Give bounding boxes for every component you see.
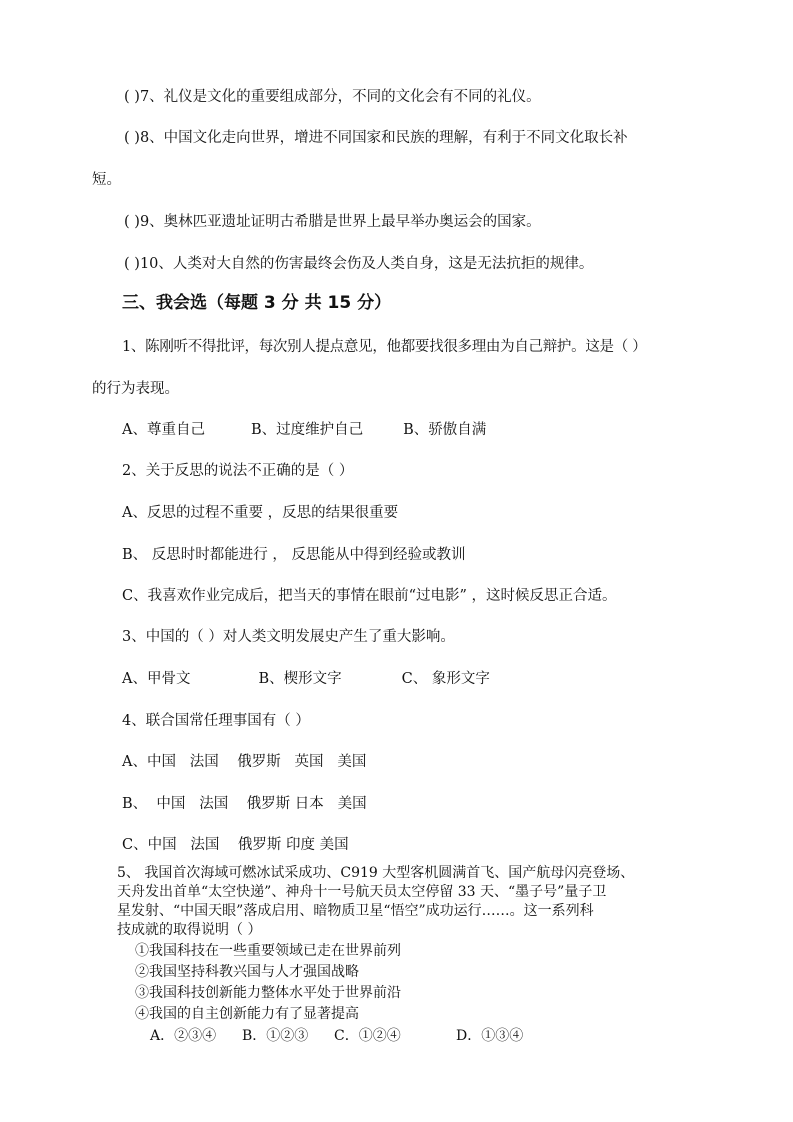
q3-option-b: B、楔形文字 (258, 671, 341, 687)
q1-stem: 1、陈刚听不得批评，每次别人提点意见，他都要找很多理由为自己辩护。这是（ ） (122, 338, 646, 356)
q5-statement-4: ④我国的自主创新能力有了显著提高 (135, 1005, 359, 1023)
section-heading: 三、我会选（每题 3 分 共 15 分） (122, 294, 391, 312)
q1-options: A、尊重自己B、过度维护自己B、骄傲自满 (122, 421, 486, 439)
q3-option-c: C、 象形文字 (402, 671, 490, 687)
q3-option-a: A、甲骨文 (122, 671, 190, 687)
q3-options: A、甲骨文B、楔形文字C、 象形文字 (122, 670, 490, 688)
answer-blank: ( ) (124, 214, 140, 230)
tf-item-9: ( )9、奥林匹亚遗址证明古希腊是世界上最早举办奥运会的国家。 (124, 213, 541, 231)
q5-stem-line-3: 星发射、“中国天眼”落成启用、暗物质卫星“悟空”成功运行……。这一系列科 (117, 902, 594, 920)
q2-option-c: C、我喜欢作业完成后，把当天的事情在眼前“过电影” ，这时候反思正合适。 (122, 587, 617, 605)
q5-stem-line-2: 天舟发出首单“太空快递”、神舟十一号航天员太空停留 33 天、“墨子号”量子卫 (117, 883, 606, 901)
item-text: 7、礼仪是文化的重要组成部分，不同的文化会有不同的礼仪。 (140, 89, 541, 105)
q4-option-c: C、中国 法国 俄罗斯 印度 美国 (122, 836, 349, 854)
q5-stem-line-4: 技成就的取得说明（ ） (117, 921, 261, 939)
q3-stem: 3、中国的（ ）对人类文明发展史产生了重大影响。 (122, 628, 455, 646)
q5-stem-line-1: 5、 我国首次海域可燃冰试采成功、C919 大型客机圆满首飞、国产航母闪亮登场、 (117, 864, 634, 882)
tf-item-7: ( )7、礼仪是文化的重要组成部分，不同的文化会有不同的礼仪。 (124, 88, 541, 106)
item-text: 8、中国文化走向世界，增进不同国家和民族的理解，有利于不同文化取长补 (140, 130, 628, 146)
q5-statement-3: ③我国科技创新能力整体水平处于世界前沿 (135, 984, 401, 1002)
q5-option-b: B．①②③ (242, 1027, 308, 1045)
answer-blank: ( ) (124, 130, 140, 146)
tf-item-8: ( )8、中国文化走向世界，增进不同国家和民族的理解，有利于不同文化取长补 (124, 129, 628, 147)
q5-option-d: D．①③④ (456, 1027, 523, 1045)
q4-option-b: B、 中国 法国 俄罗斯 日本 美国 (122, 795, 367, 813)
q1-stem-continuation: 的行为表现。 (92, 380, 179, 398)
q5-statement-2: ②我国坚持科教兴国与人才强国战略 (135, 963, 359, 981)
q4-option-a: A、中国 法国 俄罗斯 英国 美国 (122, 753, 366, 771)
item-text: 10、人类对大自然的伤害最终会伤及人类自身，这是无法抗拒的规律。 (140, 256, 593, 272)
q2-option-a: A、反思的过程不重要 ，反思的结果很重要 (122, 504, 398, 522)
q1-option-c: B、骄傲自满 (403, 422, 486, 438)
q2-option-b: B、 反思时时都能进行 ， 反思能从中得到经验或教训 (122, 546, 465, 564)
q5-option-a: A．②③④ (150, 1027, 216, 1045)
q5-option-c: C．①②④ (334, 1027, 401, 1045)
answer-blank: ( ) (124, 89, 140, 105)
q5-statement-1: ①我国科技在一些重要领域已走在世界前列 (135, 942, 401, 960)
q1-option-b: B、过度维护自己 (251, 422, 363, 438)
q1-option-a: A、尊重自己 (122, 422, 205, 438)
tf-item-10: ( )10、人类对大自然的伤害最终会伤及人类自身，这是无法抗拒的规律。 (124, 255, 593, 273)
answer-blank: ( ) (124, 256, 140, 272)
q2-stem: 2、关于反思的说法不正确的是（ ） (122, 462, 353, 480)
q4-stem: 4、联合国常任理事国有（ ） (122, 712, 310, 730)
item-text: 9、奥林匹亚遗址证明古希腊是世界上最早举办奥运会的国家。 (140, 214, 541, 230)
tf-item-8-continuation: 短。 (92, 171, 121, 189)
